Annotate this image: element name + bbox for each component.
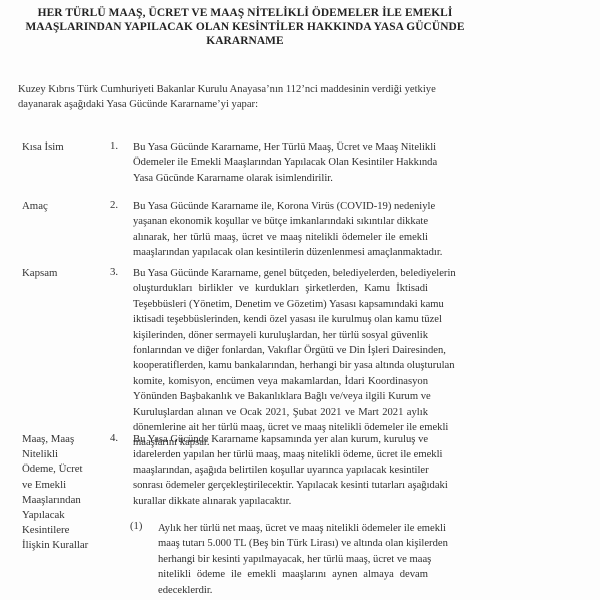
preamble-line: Kuzey Kıbrıs Türk Cumhuriyeti Bakanlar K… [18, 82, 438, 97]
article-side-heading: Kapsam [22, 266, 112, 281]
article-body: Bu Yasa Gücünde Kararname ile, Korona Vi… [133, 199, 428, 261]
preamble-line: dayanarak aşağıdaki Yasa Gücünde Kararna… [18, 97, 438, 112]
article-body: Bu Yasa Gücünde Kararname, Her Türlü Maa… [133, 140, 428, 186]
preamble: Kuzey Kıbrıs Türk Cumhuriyeti Bakanlar K… [18, 82, 438, 112]
title-line: KARARNAME [20, 34, 470, 48]
subclause-number: (1) [130, 521, 142, 532]
article-side-heading: Maaş, Maaş Nitelikli Ödeme, Ücret ve Eme… [22, 432, 112, 554]
article-side-heading: Kısa İsim [22, 140, 112, 155]
title-line: HER TÜRLÜ MAAŞ, ÜCRET VE MAAŞ NİTELİKLİ … [20, 6, 470, 20]
article-body: Bu Yasa Gücünde Kararname, genel bütçede… [133, 266, 428, 451]
subclause-body: Aylık her türlü net maaş, ücret ve maaş … [158, 521, 428, 598]
article-number: 2. [110, 199, 118, 211]
article-number: 3. [110, 266, 118, 278]
document-title: HER TÜRLÜ MAAŞ, ÜCRET VE MAAŞ NİTELİKLİ … [20, 6, 470, 48]
article-side-heading: Amaç [22, 199, 112, 214]
article-body: Bu Yasa Gücünde Kararname kapsamında yer… [133, 432, 428, 509]
article-number: 1. [110, 140, 118, 152]
article-number: 4. [110, 432, 118, 444]
title-line: MAAŞLARINDAN YAPILACAK OLAN KESİNTİLER H… [20, 20, 470, 34]
